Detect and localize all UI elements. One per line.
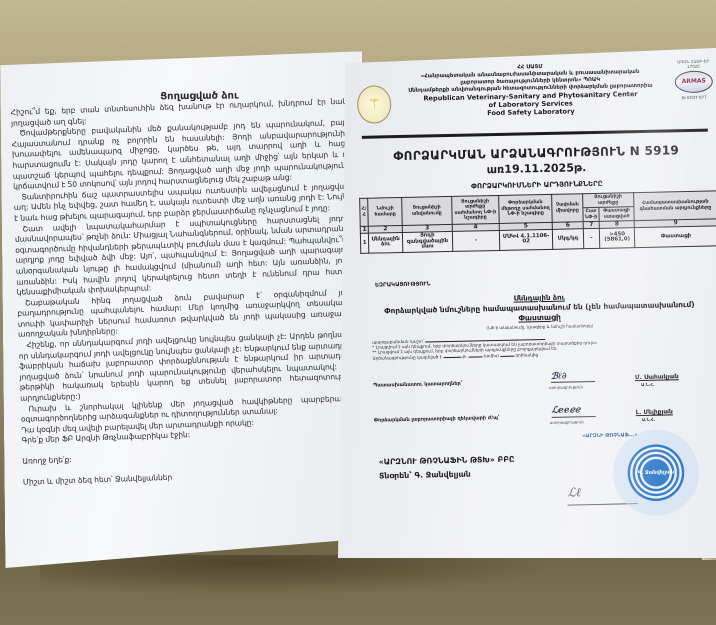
- col-header-method: Փորձարկման մեթոդը սահմանող ՆՓ-ի նշագիրը: [499, 194, 553, 223]
- signature-row-executors: Պատասխանատու կատարողներ՝ ℬℓ∂ ստորագրությ…: [373, 376, 713, 383]
- letter-body: Հիշու՞մ եք, երբ տան տնտեսուհին ձեզ խանու…: [11, 97, 361, 488]
- col-header-unit: Չափման միավորը: [552, 194, 583, 223]
- signature-label: ստորագրություն: [549, 384, 583, 390]
- accreditation-number: № ECDT-077: [671, 94, 716, 100]
- footnote-sep: թ.: [462, 353, 467, 358]
- cell-per-norm: -: [583, 228, 600, 248]
- cell-indicator: Յոդի զանգվածային մաս: [402, 231, 452, 252]
- blank-line: [443, 356, 461, 357]
- header-divider: [362, 129, 708, 139]
- armas-logo-icon: ARMAS: [675, 70, 713, 93]
- signatory-initials: Ա.Ն.Հ.: [641, 382, 654, 387]
- footnote-sep: օրինակից: [516, 352, 539, 357]
- col-header-actual: Փաստացի ստացված: [599, 207, 634, 222]
- signature-scribble: ℬℓ∂: [551, 370, 595, 383]
- footnote-text: Արձանագրությունը կազմված է: [372, 354, 443, 360]
- cell-sample: Սննդային ձու: [369, 232, 403, 253]
- director-line: Տնօրեն՝ Գ. Ջանվելյան: [379, 467, 515, 484]
- company-seal-icon: Գ. Ջանվելյան: [612, 429, 700, 517]
- signatory-name: Լ. Մելիքյան: [636, 408, 673, 416]
- col-header-indicator-norm: Ցուցանիշի արժեքը սահմանող ՆՓ-ի նշագիրը: [451, 195, 499, 224]
- accreditation-top: ԱԳՄՆ ՀԱՍԻ-ԵՐ 17025: [670, 58, 716, 69]
- veterinary-emblem-icon: ⚚: [357, 85, 392, 124]
- signature-row-lab-head: Փորձարկման լաբորատորիայի ղեկավարի ժ/պ՝ ℒ…: [374, 411, 714, 418]
- company-block: «ԱՐԶՆՈՒ ԹՌՉՆԱՖԻՆ ԹՏԽ» ԲԲԸ Տնօրեն՝ Գ. Ջան…: [379, 453, 515, 484]
- letter-paragraph: Հիշենք, որ սննդակարգում յոդի ավելցուկը ն…: [18, 330, 358, 405]
- signature-scribble: ℒeeℯℯ: [552, 405, 596, 418]
- certificate-header: ՀՀ ՍԱՏՄ «Հանրապետական անասնաբուժասանիտար…: [392, 61, 668, 119]
- footnotes: պարզաբանման դաշտ՝ * Լրացվում է այն դեպքո…: [372, 333, 672, 360]
- letter-signoff: Միշտ և միշտ ձեզ հետ՝ Ջանվելյաններ: [23, 466, 361, 488]
- cell-actual: >450 (5861,0): [600, 228, 635, 249]
- accreditation-mark: ԱԳՄՆ ՀԱՍԻ-ԵՐ 17025 ARMAS № ECDT-077: [670, 58, 716, 99]
- conclusion-label: ԵԶՐԱԿԱՑՈՒԹՅՈՒՆ: [375, 281, 431, 288]
- signatory-name: Մ. Սահակյան: [635, 373, 679, 381]
- signatory-initials: Ա.Ն.Հ.: [642, 417, 655, 422]
- col-header-per-norm: Ըստ ՆՓ-ի: [583, 208, 600, 223]
- col-header-value-group: Ցուցանիշի արժեքը: [582, 193, 634, 208]
- signature-role: Պատասխանատու կատարողներ՝: [373, 381, 462, 389]
- certificate-content: ⚚ ՀՀ ՍԱՏՄ «Հանրապետական անասնաբուժասանիտ…: [352, 40, 716, 558]
- results-table: Հ/Հ Նմուշի համարը Ցուցանիշի անվանումը Ցո…: [359, 190, 716, 253]
- cell-conformity: Փաստացի: [634, 226, 716, 248]
- blank-line: [468, 356, 482, 357]
- letter-paragraph: Շատ ավելի նպատակահարմար է սպիտակուցները …: [14, 213, 354, 298]
- info-letter: Ցողացված ձու Հիշու՞մ եք, երբ տան տնտեսու…: [0, 51, 367, 568]
- letter-closing: Առողջ եղե՛ք:: [22, 445, 360, 467]
- test-certificate: ⚚ ՀՀ ՍԱՏՄ «Հանրապետական անասնաբուժասանիտ…: [338, 48, 716, 558]
- signature-role: Փորձարկման լաբորատորիայի ղեկավարի ժ/պ՝: [374, 415, 500, 424]
- letter-paragraph: Ծովամթերքները բավականին մեծ քանակությամբ…: [11, 118, 351, 193]
- company-name: «ԱՐԶՆՈՒ ԹՌՉՆԱՖԻՆ ԹՏԽ» ԲԲԸ: [379, 453, 515, 470]
- col-header-indicator: Ցուցանիշի անվանումը: [402, 196, 452, 225]
- signature-label: ստորագրություն: [550, 419, 584, 425]
- cell-method: ՄՍԿՎ 4.1.1106-02: [499, 229, 553, 250]
- cell-indicator-norm: -: [452, 230, 500, 251]
- paper-shadow: [40, 555, 560, 595]
- seal-text: Գ. Ջանվելյան: [638, 469, 674, 476]
- blank-line: [500, 355, 514, 356]
- footnote-sep: (ամիս): [484, 353, 499, 358]
- cell-unit: Մկգ/կգ: [553, 229, 584, 250]
- col-header-conformity: Համապատասխանության գնահատման արդյունքներ…: [634, 191, 716, 221]
- col-header-sample: Նմուշի համարը: [368, 197, 402, 226]
